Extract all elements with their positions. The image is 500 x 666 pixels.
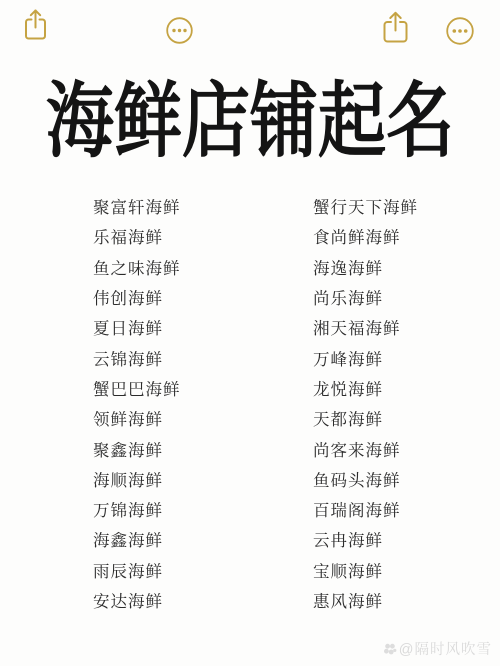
shop-name-item: 万峰海鲜 <box>313 342 418 372</box>
shop-name-item: 宝顺海鲜 <box>313 555 418 585</box>
watermark-text: @隔时风吹雪 <box>399 638 492 659</box>
shop-name-item: 万锦海鲜 <box>93 494 181 524</box>
shop-name-item: 湘天福海鲜 <box>313 312 418 342</box>
author-watermark: @隔时风吹雪 <box>383 638 492 659</box>
shop-name-item: 雨辰海鲜 <box>93 555 181 585</box>
shop-name-item: 聚富轩海鲜 <box>93 191 181 221</box>
shop-name-item: 领鲜海鲜 <box>93 403 181 433</box>
shop-name-item: 海逸海鲜 <box>313 252 418 282</box>
shop-name-item: 云冉海鲜 <box>313 524 418 554</box>
shop-name-item: 伟创海鲜 <box>93 282 181 312</box>
shop-name-item: 海鑫海鲜 <box>93 524 181 554</box>
shop-name-item: 乐福海鲜 <box>93 221 181 251</box>
shop-name-item: 蟹巴巴海鲜 <box>93 373 181 403</box>
image-viewer-page: 海鲜店铺起名 聚富轩海鲜乐福海鲜鱼之味海鲜伟创海鲜夏日海鲜云锦海鲜蟹巴巴海鲜领鲜… <box>0 0 500 666</box>
shop-name-column-left: 聚富轩海鲜乐福海鲜鱼之味海鲜伟创海鲜夏日海鲜云锦海鲜蟹巴巴海鲜领鲜海鲜聚鑫海鲜海… <box>93 191 181 615</box>
shop-name-item: 安达海鲜 <box>93 585 181 615</box>
shop-name-item: 鱼之味海鲜 <box>93 252 181 282</box>
shop-name-item: 云锦海鲜 <box>93 342 181 372</box>
shop-name-item: 天都海鲜 <box>313 403 418 433</box>
shop-name-item: 海顺海鲜 <box>93 464 181 494</box>
shop-name-item: 食尚鲜海鲜 <box>313 221 418 251</box>
shop-name-column-right: 蟹行天下海鲜食尚鲜海鲜海逸海鲜尚乐海鲜湘天福海鲜万峰海鲜龙悦海鲜天都海鲜尚客来海… <box>313 191 418 615</box>
watermark-logo-icon <box>383 642 397 656</box>
page-title: 海鲜店铺起名 <box>43 74 458 170</box>
shop-name-item: 鱼码头海鲜 <box>313 464 418 494</box>
more-options-icon[interactable] <box>166 17 193 44</box>
shop-name-item: 夏日海鲜 <box>93 312 181 342</box>
shop-name-item: 惠风海鲜 <box>313 585 418 615</box>
shop-name-item: 聚鑫海鲜 <box>93 433 181 463</box>
share-icon[interactable] <box>382 11 409 44</box>
shop-name-item: 百瑞阁海鲜 <box>313 494 418 524</box>
share-icon[interactable] <box>24 9 47 41</box>
shop-name-item: 尚客来海鲜 <box>313 433 418 463</box>
shop-name-item: 尚乐海鲜 <box>313 282 418 312</box>
more-options-icon[interactable] <box>446 17 474 45</box>
shop-name-item: 蟹行天下海鲜 <box>313 191 418 221</box>
shop-name-item: 龙悦海鲜 <box>313 373 418 403</box>
